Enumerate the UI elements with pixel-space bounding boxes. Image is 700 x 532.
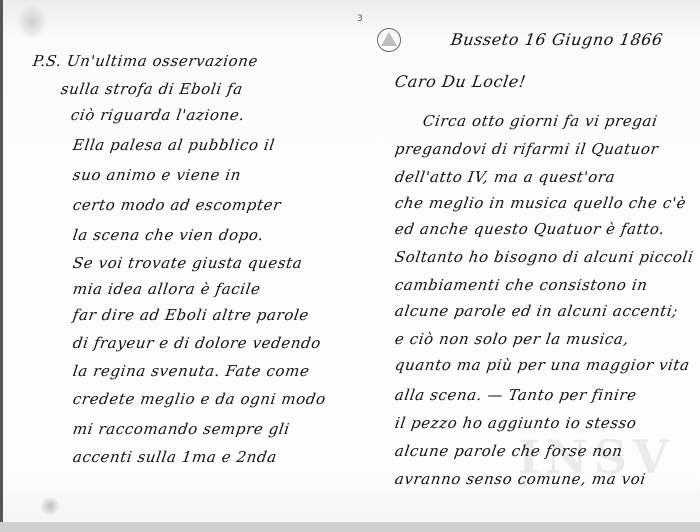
right-line-11: alla scena. — Tanto per finire bbox=[394, 386, 638, 404]
left-line-14: mi raccomando sempre gli bbox=[72, 420, 291, 438]
right-line-14: avranno senso comune, ma voi bbox=[394, 470, 647, 488]
left-line-10: far dire ad Eboli altre parole bbox=[72, 306, 310, 324]
right-line-4: che meglio in musica quello che c'è bbox=[394, 194, 688, 212]
left-line-15: accenti sulla 1ma e 2nda bbox=[72, 448, 278, 466]
left-line-5: suo animo e viene in bbox=[72, 166, 243, 184]
left-line-2: sulla strofa di Eboli fa bbox=[60, 80, 244, 98]
left-line-1: P.S. Un'ultima osservazione bbox=[32, 52, 260, 70]
left-line-11: di frayeur e di dolore vedendo bbox=[72, 334, 323, 352]
right-line-9: e ciò non solo per la musica, bbox=[394, 330, 630, 348]
place-date: Busseto 16 Giugno 1866 bbox=[450, 30, 665, 49]
ink-smudge bbox=[41, 496, 59, 516]
right-line-7: cambiamenti che consistono in bbox=[394, 276, 649, 294]
archive-stamp-icon bbox=[377, 28, 401, 52]
salutation: Caro Du Locle! bbox=[394, 72, 528, 91]
left-line-13: credete meglio e da ogni modo bbox=[72, 390, 327, 408]
scan-bottom-edge bbox=[0, 522, 700, 532]
right-line-5: ed anche questo Quatuor è fatto. bbox=[394, 220, 666, 238]
left-line-3: ciò riguarda l'azione. bbox=[70, 106, 246, 124]
right-line-1: Circa otto giorni fa vi pregai bbox=[422, 112, 659, 130]
right-line-2: pregandovi di rifarmi il Quatuor bbox=[394, 140, 660, 158]
left-line-8: Se voi trovate giusta questa bbox=[72, 254, 304, 272]
right-line-8: alcune parole ed in alcuni accenti; bbox=[394, 302, 679, 320]
right-line-12: il pezzo ho aggiunto io stesso bbox=[394, 414, 638, 432]
right-line-3: dell'atto IV, ma a quest'ora bbox=[394, 168, 617, 186]
letter-page: 3 INSV Busseto 16 Giugno 1866 Caro Du Lo… bbox=[0, 0, 700, 524]
stain-mark bbox=[17, 4, 47, 40]
left-line-7: la scena che vien dopo. bbox=[72, 226, 265, 244]
page-number: 3 bbox=[357, 14, 363, 24]
right-line-10: quanto ma più per una maggior vita bbox=[394, 356, 691, 374]
left-line-6: certo modo ad escompter bbox=[72, 196, 282, 214]
right-line-13: alcune parole che forse non bbox=[394, 442, 624, 460]
right-line-6: Soltanto ho bisogno di alcuni piccoli bbox=[394, 248, 695, 266]
left-line-9: mia idea allora è facile bbox=[72, 280, 262, 298]
left-line-12: la regina svenuta. Fate come bbox=[72, 362, 311, 380]
left-line-4: Ella palesa al pubblico il bbox=[72, 136, 276, 154]
